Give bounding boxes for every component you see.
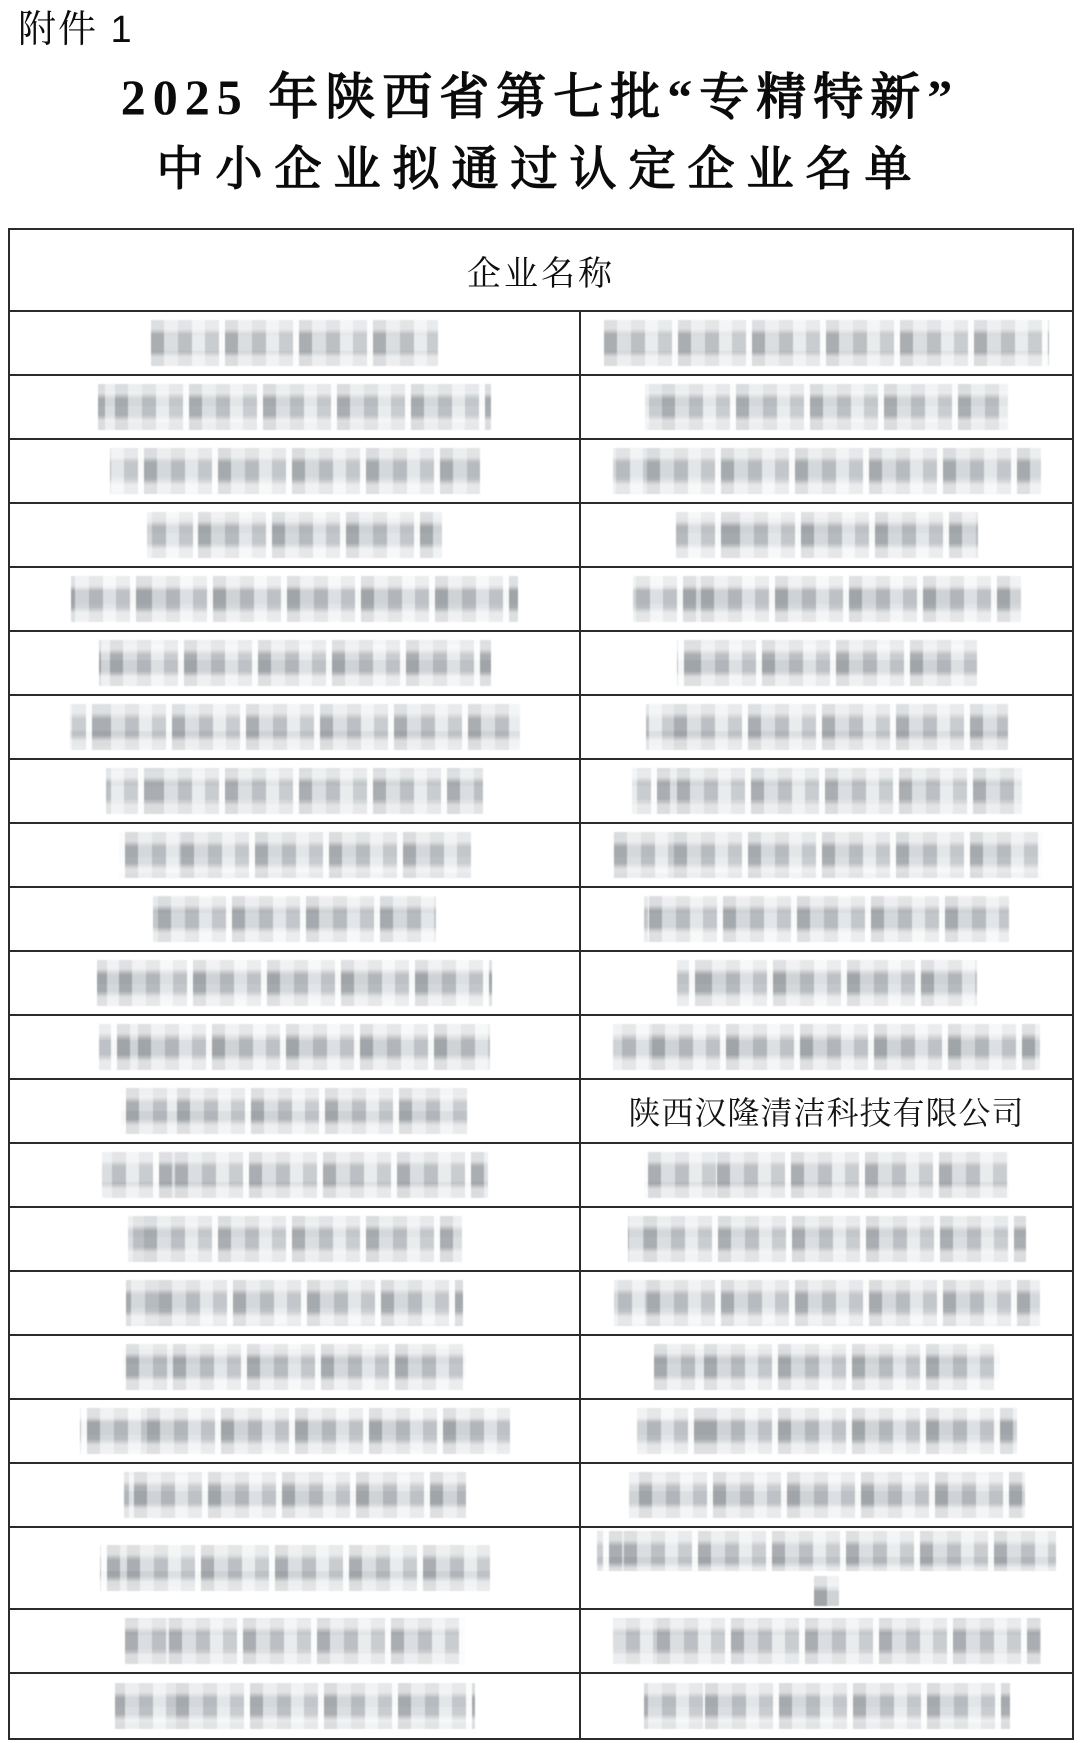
table-row: [10, 1272, 1072, 1336]
redacted-company-name: [153, 896, 436, 942]
attachment-label: 附件 1: [18, 8, 134, 52]
redacted-company-name: [677, 640, 977, 686]
redacted-company-name: [125, 1618, 465, 1664]
redacted-company-name: [597, 1531, 1056, 1571]
company-cell: [10, 1464, 581, 1526]
table-body: 陕西汉隆清洁科技有限公司: [10, 312, 1072, 1738]
company-cell: [581, 952, 1072, 1014]
redacted-company-name: [614, 1280, 1040, 1326]
table-row: [10, 632, 1072, 696]
document-page: 附件 1 2025 年陕西省第七批“专精特新” 中小企业拟通过认定企业名单 企业…: [0, 0, 1080, 1743]
table-row: [10, 1144, 1072, 1208]
redacted-company-name: [102, 1152, 488, 1198]
redacted-company-name: [613, 1618, 1041, 1664]
redacted-company-name: [677, 960, 977, 1006]
redacted-company-name: [645, 384, 1008, 430]
table-row: [10, 1016, 1072, 1080]
table-row: [10, 376, 1072, 440]
table-row: 陕西汉隆清洁科技有限公司: [10, 1080, 1072, 1144]
redacted-company-name: [151, 320, 438, 366]
company-cell: [10, 504, 581, 566]
company-cell: [581, 888, 1072, 950]
table-row: [10, 760, 1072, 824]
company-cell: [10, 568, 581, 630]
table-header-cell: 企业名称: [10, 230, 1072, 312]
redacted-company-name-wrap: [814, 1576, 839, 1606]
redacted-company-name: [119, 832, 471, 878]
table-row: [10, 1610, 1072, 1674]
table-row: [10, 1674, 1072, 1738]
company-cell: [581, 376, 1072, 438]
company-cell: [581, 1016, 1072, 1078]
company-cell: [10, 1208, 581, 1270]
company-cell: [581, 504, 1072, 566]
redacted-company-name: [80, 1408, 510, 1454]
redacted-company-name: [123, 1344, 466, 1390]
table-row: [10, 1400, 1072, 1464]
redacted-company-name: [613, 1024, 1040, 1070]
redacted-company-name: [121, 1088, 468, 1134]
redacted-company-name: [646, 704, 1008, 750]
redacted-company-name: [99, 640, 491, 686]
company-cell: [581, 568, 1072, 630]
company-cell: [10, 1674, 581, 1738]
redacted-company-name: [604, 320, 1049, 366]
redacted-company-name: [676, 512, 978, 558]
company-cell: [581, 1272, 1072, 1334]
redacted-company-name: [147, 512, 442, 558]
redacted-company-name: [632, 768, 1022, 814]
redacted-company-name: [115, 1683, 475, 1729]
company-table: 企业名称 陕西汉隆清洁科技有限公司: [8, 228, 1074, 1740]
company-cell: [10, 1016, 581, 1078]
company-cell: [581, 440, 1072, 502]
redacted-company-name: [106, 768, 483, 814]
company-cell: [581, 1400, 1072, 1462]
redacted-company-name: [97, 960, 492, 1006]
table-row: [10, 504, 1072, 568]
company-cell: [581, 1144, 1072, 1206]
table-row: [10, 952, 1072, 1016]
redacted-company-name: [100, 1545, 490, 1591]
company-cell: [581, 1610, 1072, 1672]
company-cell: [10, 1144, 581, 1206]
company-cell: [10, 1528, 581, 1608]
company-cell: [581, 632, 1072, 694]
table-row: [10, 1528, 1072, 1610]
redacted-company-name: [128, 1216, 462, 1262]
table-row: [10, 312, 1072, 376]
table-row: [10, 696, 1072, 760]
document-title-line2: 中小企业拟通过认定企业名单: [0, 140, 1080, 200]
company-cell: [581, 1674, 1072, 1738]
company-cell: [10, 824, 581, 886]
company-cell: [581, 312, 1072, 374]
redacted-company-name: [124, 1472, 466, 1518]
company-cell: 陕西汉隆清洁科技有限公司: [581, 1080, 1072, 1142]
table-row: [10, 1336, 1072, 1400]
company-cell: [10, 952, 581, 1014]
redacted-company-name: [644, 1152, 1009, 1198]
company-cell: [10, 376, 581, 438]
company-cell: [581, 1464, 1072, 1526]
redacted-company-name: [644, 1683, 1010, 1729]
company-name-text: 陕西汉隆清洁科技有限公司: [628, 1088, 1024, 1134]
table-row: [10, 440, 1072, 504]
company-cell: [10, 632, 581, 694]
company-cell: [581, 1528, 1072, 1608]
redacted-company-name: [644, 896, 1009, 942]
redacted-company-name: [612, 832, 1042, 878]
redacted-company-name: [628, 1216, 1026, 1262]
redacted-company-name: [71, 576, 518, 622]
company-cell: [10, 1272, 581, 1334]
table-row: [10, 1208, 1072, 1272]
company-cell: [10, 696, 581, 758]
document-title-line1: 2025 年陕西省第七批“专精特新”: [0, 66, 1080, 128]
table-row: [10, 568, 1072, 632]
redacted-company-name: [629, 1472, 1025, 1518]
redacted-company-name: [70, 704, 520, 750]
company-cell: [10, 888, 581, 950]
redacted-company-name: [613, 448, 1041, 494]
company-cell: [581, 1208, 1072, 1270]
redacted-company-name: [637, 1408, 1017, 1454]
redacted-company-name: [126, 1280, 463, 1326]
company-cell: [581, 760, 1072, 822]
company-cell: [10, 1610, 581, 1672]
company-cell: [581, 696, 1072, 758]
company-cell: [10, 1400, 581, 1462]
company-cell: [10, 312, 581, 374]
redacted-company-name: [98, 384, 491, 430]
table-row: [10, 1464, 1072, 1528]
company-cell: [581, 824, 1072, 886]
redacted-company-name: [633, 576, 1021, 622]
company-cell: [10, 440, 581, 502]
company-cell: [581, 1336, 1072, 1398]
redacted-company-name: [654, 1344, 1000, 1390]
redacted-company-name: [99, 1024, 490, 1070]
redacted-company-name: [110, 448, 480, 494]
company-cell: [10, 760, 581, 822]
company-cell: [10, 1080, 581, 1142]
company-cell: [10, 1336, 581, 1398]
table-row: [10, 888, 1072, 952]
table-row: [10, 824, 1072, 888]
